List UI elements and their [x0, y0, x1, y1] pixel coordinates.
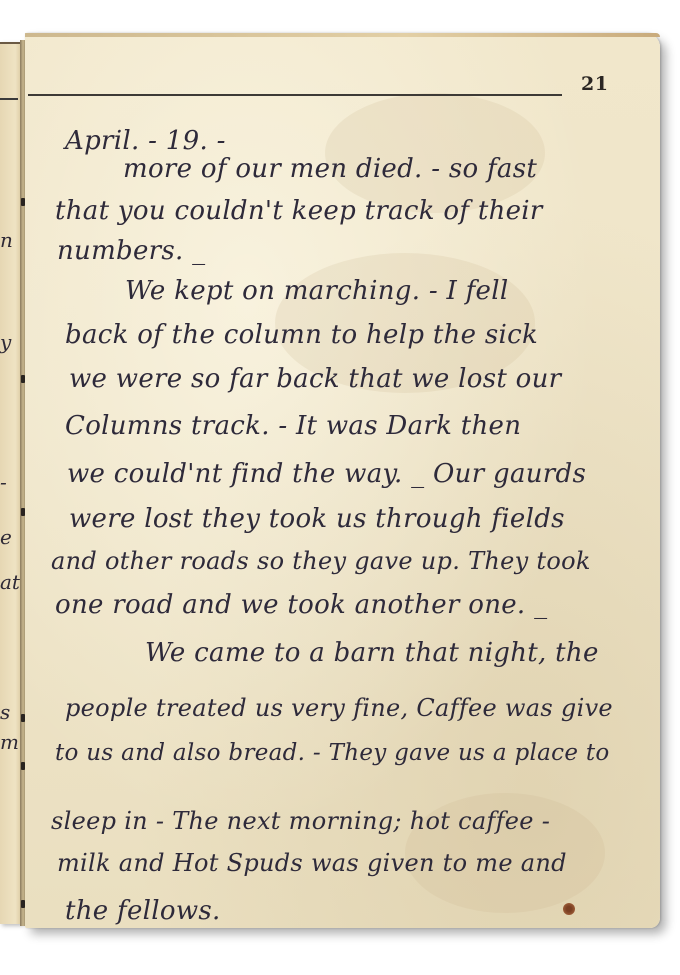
previous-page-header-rule: [0, 98, 18, 100]
paper-stain: [325, 93, 545, 213]
previous-page-text-fragment: s: [0, 700, 22, 724]
entry-line: numbers. _: [57, 236, 205, 266]
entry-line: we could'nt find the way. _ Our gaurds: [67, 459, 586, 489]
previous-page-text-fragment: at: [0, 570, 22, 594]
entry-line: one road and we took another one. _: [55, 590, 547, 620]
entry-line: We came to a barn that night, the: [145, 638, 599, 668]
entry-line: Columns track. - It was Dark then: [65, 411, 521, 441]
entry-line: milk and Hot Spuds was given to me and: [57, 848, 567, 878]
previous-page-text-fragment: y: [0, 330, 22, 354]
entry-line: people treated us very fine, Caffee was …: [65, 693, 613, 723]
ink-spot: [563, 903, 575, 915]
entry-date: April. - 19. -: [65, 126, 226, 156]
previous-page-text-fragment: m: [0, 730, 22, 754]
page-top-edge: [25, 33, 660, 37]
entry-line: back of the column to help the sick: [65, 320, 538, 350]
diary-page: 21 April. - 19. - more of our men died. …: [25, 33, 660, 928]
entry-line: we were so far back that we lost our: [69, 364, 561, 394]
entry-line: to us and also bread. - They gave us a p…: [55, 738, 610, 768]
entry-line: We kept on marching. - I fell: [125, 276, 508, 306]
previous-page-text-fragment: -: [0, 470, 22, 494]
entry-line: were lost they took us through fields: [69, 504, 565, 534]
entry-line: and other roads so they gave up. They to…: [51, 546, 591, 576]
previous-page-text-fragment: n: [0, 228, 22, 252]
entry-line: more of our men died. - so fast: [123, 154, 537, 184]
entry-line: sleep in - The next morning; hot caffee …: [51, 806, 550, 836]
previous-page-text-fragment: e: [0, 525, 22, 549]
entry-line: that you couldn't keep track of their: [55, 196, 543, 226]
page-number: 21: [581, 73, 608, 95]
header-rule: [28, 94, 562, 96]
entry-line: the fellows.: [65, 896, 221, 926]
